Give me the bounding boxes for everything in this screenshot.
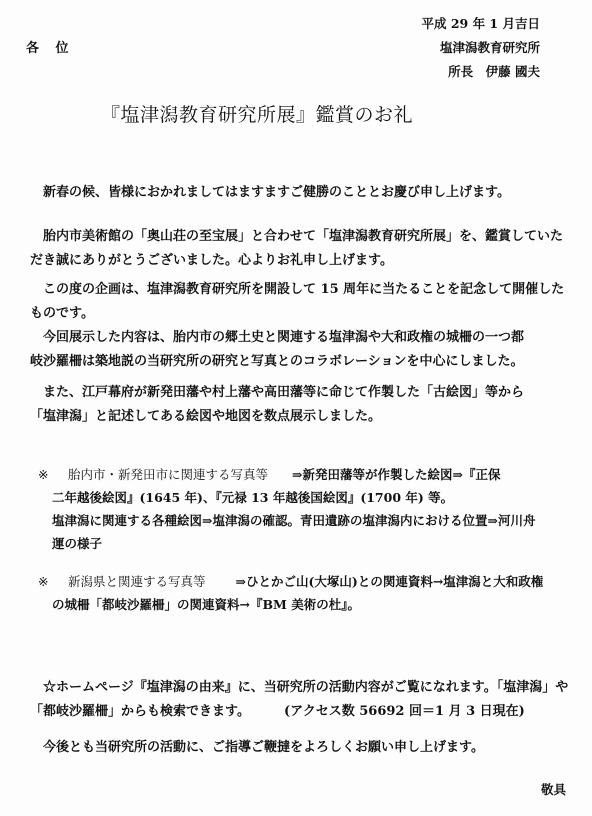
homepage-paragraph: ☆ホームページ『塩津潟の由来』に、当研究所の活動内容がご覧になれます。「塩津潟」… <box>30 676 570 724</box>
note-item-1: ※胎内市・新発田市に関連する写真等⇒新発田藩等が作製した絵図⇒『正保 二年越後絵… <box>38 463 568 555</box>
note-line-2: の城柵「都岐沙羅柵」の関連資料→『BM 美術の杜』。 <box>38 593 568 616</box>
content-line-1: 今回展示した内容は、胎内市の郷土史と関連する塩津潟や大和政権の城柵の一つ都 <box>30 326 570 350</box>
reference-mark-icon: ※ <box>38 463 68 486</box>
homepage-line-1: ☆ホームページ『塩津潟の由来』に、当研究所の活動内容がご覧になれます。「塩津潟」… <box>30 676 570 700</box>
reference-mark-icon: ※ <box>38 570 68 593</box>
thanks-paragraph: 胎内市美術館の「奥山荘の至宝展」と合わせて「塩津潟教育研究所展」を、鑑賞していた… <box>30 225 570 273</box>
addressee: 各 位 <box>26 37 75 56</box>
signatory: 所長 伊藤 國夫 <box>448 62 540 80</box>
note-line-2: 二年越後絵図』(1645 年)、『元禄 13 年越後国絵図』(1700 年) 等… <box>38 486 568 509</box>
maps-line-2: 「塩津潟」と記述してある絵図や地図を数点展示しました。 <box>30 405 570 429</box>
thanks-line-2: だき誠にありがとうございました。心よりお礼申し上げます。 <box>30 249 570 273</box>
closing-word: 敬具 <box>541 780 566 798</box>
request-text: 今後とも当研究所の活動に、ご指導ご鞭撻をよろしくお願い申し上げます。 <box>30 736 570 760</box>
organization-name: 塩津潟教育研究所 <box>440 38 540 56</box>
access-count: (アクセス数 56692 回＝1 月 3 日現在) <box>284 704 525 719</box>
maps-paragraph: また、江戸幕府が新発田藩や村上藩や高田藩等に命じて作製した「古絵図」等から 「塩… <box>30 381 570 429</box>
thanks-line-1: 胎内市美術館の「奥山荘の至宝展」と合わせて「塩津潟教育研究所展」を、鑑賞していた <box>30 225 570 249</box>
content-line-2: 岐沙羅柵は築地説の当研究所の研究と写真とのコラボレーションを中心にしました。 <box>30 350 570 374</box>
note-line-4: 運の様子 <box>38 532 568 555</box>
note-line-3: 塩津潟に関連する各種絵図⇒塩津潟の確認。青田遺跡の塩津潟内における位置⇒河川舟 <box>38 509 568 532</box>
purpose-line-2: ものです。 <box>30 302 570 326</box>
purpose-paragraph: この度の企画は、塩津潟教育研究所を開設して 15 周年に当たることを記念して開催… <box>30 278 570 374</box>
note-line-1: ⇒新発田藩等が作製した絵図⇒『正保 <box>292 467 500 482</box>
greeting-paragraph: 新春の候、皆様におかれましてはますますご健勝のこととお慶び申し上げます。 <box>30 181 570 205</box>
letter-date: 平成 29 年 1 月吉日 <box>421 14 540 32</box>
maps-line-1: また、江戸幕府が新発田藩や村上藩や高田藩等に命じて作製した「古絵図」等から <box>30 381 570 405</box>
homepage-line-2: 「都岐沙羅柵」からも検索できます。 <box>30 704 250 719</box>
letter-title: 『塩津潟教育研究所展』鑑賞のお礼 <box>101 100 413 127</box>
greeting-text: 新春の候、皆様におかれましてはますますご健勝のこととお慶び申し上げます。 <box>30 181 570 205</box>
note-item-2: ※新潟県と関連する写真等⇒ひとかご山(大塚山)との関連資料→塩津潟と大和政権 の… <box>38 570 568 616</box>
purpose-line-1: この度の企画は、塩津潟教育研究所を開設して 15 周年に当たることを記念して開催… <box>30 278 570 302</box>
note-label: 胎内市・新発田市に関連する写真等 <box>68 467 268 482</box>
note-label: 新潟県と関連する写真等 <box>68 574 206 589</box>
note-line-1: ⇒ひとかご山(大塚山)との関連資料→塩津潟と大和政権 <box>236 574 544 589</box>
request-paragraph: 今後とも当研究所の活動に、ご指導ご鞭撻をよろしくお願い申し上げます。 <box>30 736 570 760</box>
